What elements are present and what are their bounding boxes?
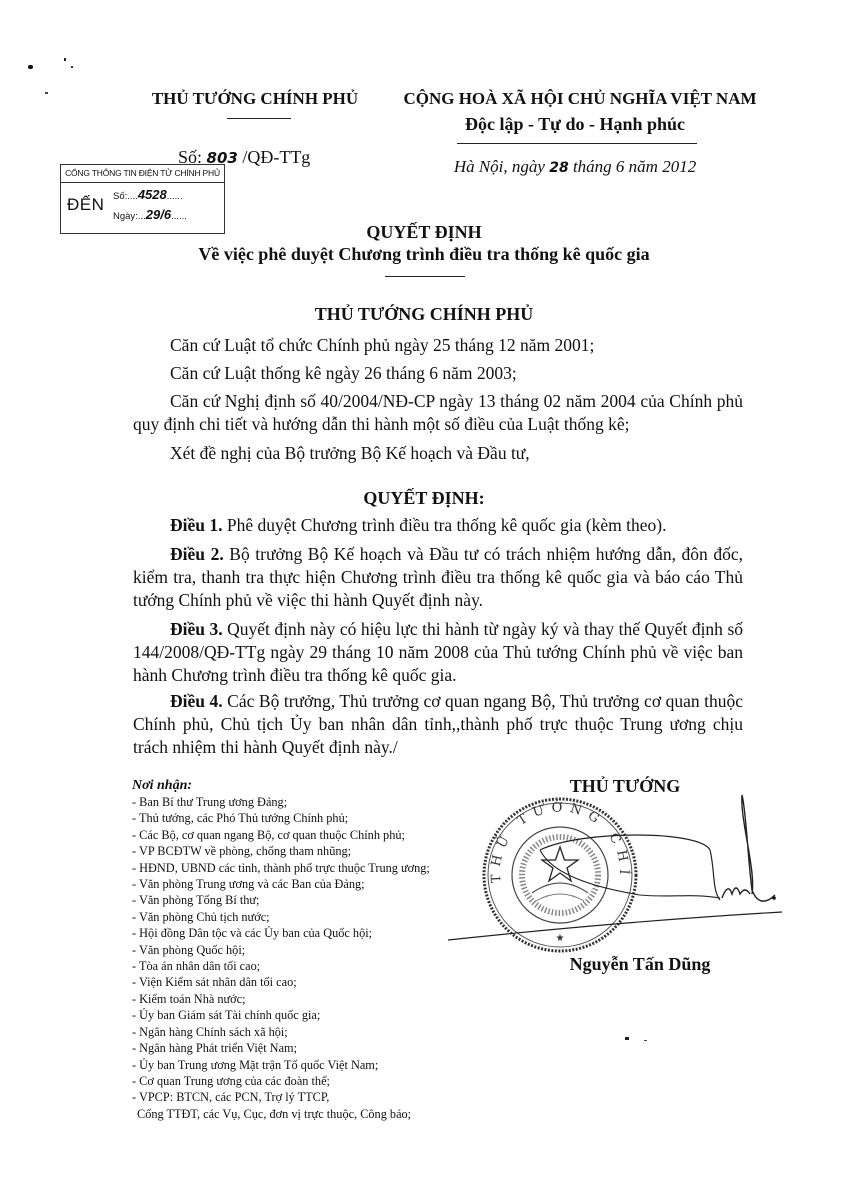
issuing-org: THỦ TƯỚNG CHÍNH PHỦ [140, 89, 370, 109]
stamp-date-label: Ngày:... [113, 211, 146, 222]
recipient-item: - Ban Bí thư Trung ương Đảng; [132, 794, 472, 810]
recipient-item: - Thủ tướng, các Phó Thủ tướng Chính phủ… [132, 810, 472, 826]
stamp-date-value: 29/6 [146, 207, 171, 222]
stamp-label: ĐẾN [67, 195, 104, 215]
place-and-date: Hà Nội, ngày 28 tháng 6 năm 2012 [380, 157, 770, 177]
document-title: QUYẾT ĐỊNH [0, 222, 848, 243]
recipients-list: Nơi nhận: - Ban Bí thư Trung ương Đảng;-… [132, 777, 472, 1122]
subtitle-underline [385, 276, 465, 277]
recipient-item: - Kiểm toán Nhà nước; [132, 991, 472, 1007]
preamble-item: Căn cứ Luật thống kê ngày 26 tháng 6 năm… [133, 362, 743, 385]
recipient-item: - Tòa án nhân dân tối cao; [132, 958, 472, 974]
article-label: Điều 4. [170, 691, 223, 711]
issuing-org-underline [227, 118, 291, 119]
preamble-item: Căn cứ Nghị định số 40/2004/NĐ-CP ngày 1… [133, 390, 743, 436]
stamp-number-value: 4528 [138, 187, 167, 202]
recipient-item: - Hội đồng Dân tộc và các Ủy ban của Quố… [132, 925, 472, 941]
article-label: Điều 2. [170, 544, 224, 564]
recipients-continuation: Cổng TTĐT, các Vụ, Cục, đơn vị trực thuộ… [132, 1106, 472, 1122]
scan-speck [625, 1037, 629, 1040]
recipient-item: - Viện Kiểm sát nhân dân tối cao; [132, 974, 472, 990]
document-number-suffix: /QĐ-TTg [238, 147, 310, 167]
recipient-item: - Các Bộ, cơ quan ngang Bộ, cơ quan thuộ… [132, 827, 472, 843]
article-text: Quyết định này có hiệu lực thi hành từ n… [133, 619, 743, 685]
stamp-number-trail: ...... [167, 191, 183, 202]
article-3: Điều 3. Quyết định này có hiệu lực thi h… [133, 618, 743, 687]
article-2: Điều 2. Bộ trưởng Bộ Kế hoạch và Đầu tư … [133, 543, 743, 612]
authority-heading: THỦ TƯỚNG CHÍNH PHỦ [0, 304, 848, 325]
recipient-item: - Ngân hàng Chính sách xã hội; [132, 1024, 472, 1040]
recipient-item: - Văn phòng Chủ tịch nước; [132, 909, 472, 925]
stamp-header: CỔNG THÔNG TIN ĐIỆN TỬ CHÍNH PHỦ [61, 165, 224, 183]
recipient-item: - Ngân hàng Phát triển Việt Nam; [132, 1040, 472, 1056]
recipient-item: - VPCP: BTCN, các PCN, Trợ lý TTCP, [132, 1089, 472, 1105]
scan-speck [644, 1040, 647, 1041]
scan-speck [45, 92, 48, 94]
article-4: Điều 4. Các Bộ trưởng, Thủ trưởng cơ qua… [133, 690, 743, 759]
recipients-title: Nơi nhận: [132, 777, 472, 794]
article-text: Phê duyệt Chương trình điều tra thống kê… [223, 515, 667, 535]
preamble-item: Căn cứ Luật tổ chức Chính phủ ngày 25 th… [133, 334, 743, 357]
decision-heading: QUYẾT ĐỊNH: [0, 488, 848, 509]
recipient-item: - Ủy ban Trung ương Mặt trận Tổ quốc Việ… [132, 1057, 472, 1073]
scan-speck [64, 58, 66, 61]
place-date-day: 28 [549, 160, 568, 176]
recipient-item: - Cơ quan Trung ương của các đoàn thể; [132, 1073, 472, 1089]
place-date-suffix: tháng 6 năm 2012 [569, 157, 697, 176]
recipient-item: - Ủy ban Giám sát Tài chính quốc gia; [132, 1007, 472, 1023]
scan-speck [71, 66, 73, 68]
recipient-item: - Văn phòng Tổng Bí thư; [132, 892, 472, 908]
stamp-date-trail: ...... [171, 211, 187, 222]
national-motto: Độc lập - Tự do - Hạnh phúc [380, 114, 770, 135]
scan-speck [28, 65, 33, 69]
recipients-items: - Ban Bí thư Trung ương Đảng;- Thủ tướng… [132, 794, 472, 1106]
article-label: Điều 3. [170, 619, 223, 639]
motto-underline [457, 143, 697, 144]
place-date-prefix: Hà Nội, ngày [454, 157, 549, 176]
recipient-item: - Văn phòng Quốc hội; [132, 942, 472, 958]
signer-name: Nguyễn Tấn Dũng [545, 954, 735, 975]
country-name: CỘNG HOÀ XÃ HỘI CHỦ NGHĨA VIỆT NAM [380, 89, 780, 109]
article-1: Điều 1. Phê duyệt Chương trình điều tra … [133, 514, 743, 537]
stamp-number-label: Số:.... [113, 191, 138, 202]
stamp-date-row: Ngày:...29/6...... [113, 207, 187, 222]
stamp-number-row: Số:....4528...... [113, 187, 183, 202]
handwritten-signature-icon [440, 790, 790, 950]
document-subtitle: Về việc phê duyệt Chương trình điều tra … [0, 244, 848, 265]
article-label: Điều 1. [170, 515, 223, 535]
article-text: Bộ trưởng Bộ Kế hoạch và Đầu tư có trách… [133, 544, 743, 610]
recipient-item: - Văn phòng Trung ương và các Ban của Đả… [132, 876, 472, 892]
recipient-item: - HĐND, UBND các tỉnh, thành phố trực th… [132, 860, 472, 876]
recipient-item: - VP BCĐTW về phòng, chống tham nhũng; [132, 843, 472, 859]
preamble-item: Xét đề nghị của Bộ trưởng Bộ Kế hoạch và… [133, 442, 743, 465]
article-text: Các Bộ trưởng, Thủ trưởng cơ quan ngang … [133, 691, 743, 757]
